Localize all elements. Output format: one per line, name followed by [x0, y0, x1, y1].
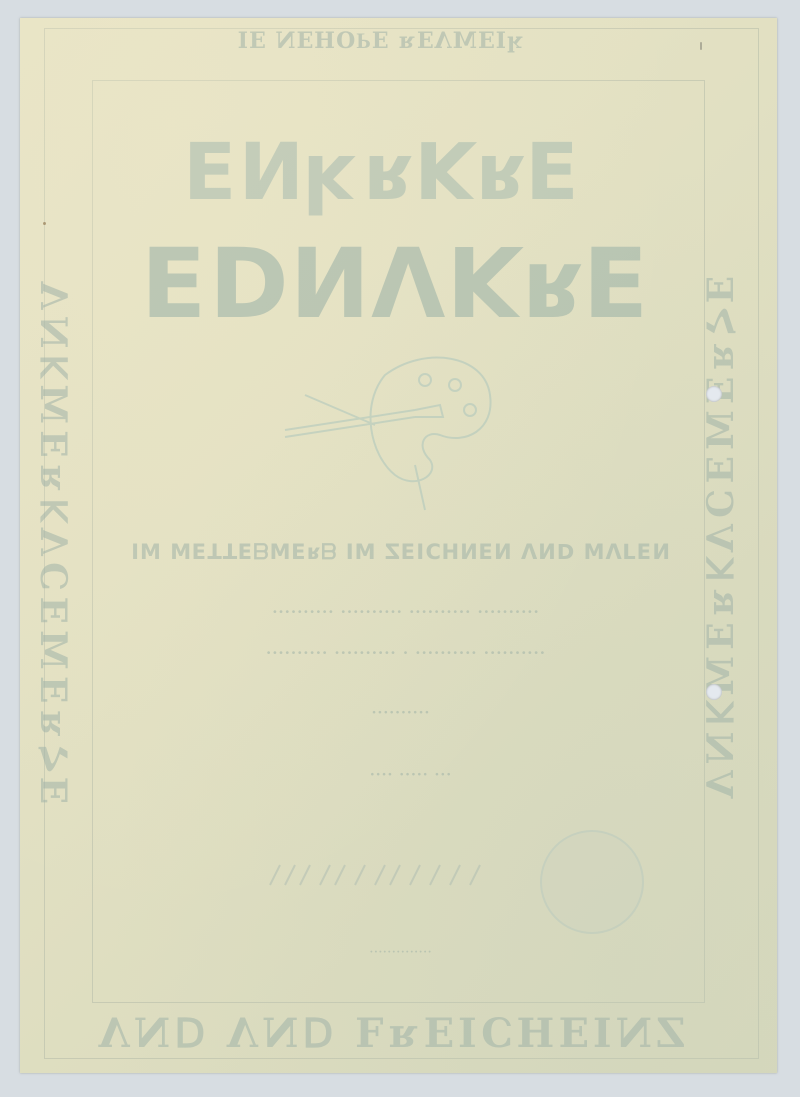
show-through-text-line-1: NƎ⅃ΛM ᗡNɅ NƎNHƆIƎZ MI ᗺᴚƎMᗺƎꓕꓕƎM MI: [140, 540, 670, 565]
show-through-text-line-4: ··········: [300, 705, 500, 721]
show-through-signature-caption: ··············: [310, 947, 490, 958]
show-through-border-bottom-text: ZNIƎHƆIƎᴚꟻ ᗡNɅ ᗡNɅ: [70, 1010, 710, 1057]
punched-hole-lower: [706, 684, 722, 700]
show-through-text-line-2: ·········· ·········· ·········· ·······…: [150, 603, 660, 621]
show-through-border-left-text: ƎՀᴚƎMƎƆΛꓘᴚƎMꓘNɅ: [32, 100, 74, 980]
show-through-text-line-3: ·········· ·········· · ·········· ·····…: [150, 644, 660, 662]
show-through-text-line-5: ··· ····· ····: [320, 767, 500, 783]
show-through-stamp: [540, 830, 644, 934]
paper-mark: [700, 42, 702, 50]
show-through-border-right-text: ƎՀᴚƎMƎƆΛꓘᴚƎMꓘNɅ: [700, 100, 742, 980]
show-through-border-top-text: ʞIƎMΛƎᴚ ƎԀOHƎN ƎI: [80, 28, 680, 54]
punched-hole-upper: [706, 386, 722, 402]
show-through-title-line-1: ƎᴚꓘᴚʞNƎ: [220, 128, 580, 218]
show-through-signature: [265, 860, 495, 890]
show-through-title-line-2: ƎᴚꓘΛNᗡƎ: [150, 228, 650, 340]
palette-and-brush-icon: [265, 335, 515, 515]
paper-speck: [43, 222, 46, 225]
